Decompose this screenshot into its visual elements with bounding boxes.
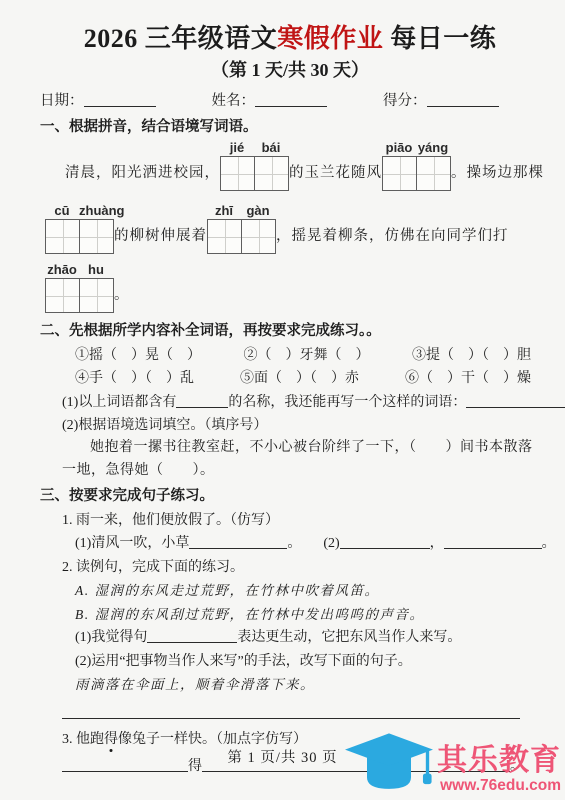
section-2-heading: 二、先根据所学内容补全词语，再按要求完成练习。。 — [40, 322, 540, 341]
pinyin-row-1: 清晨，阳光洒进校园， jiébái 的玉兰花随风 piāoyáng 。操场边那棵 — [40, 140, 540, 191]
brand-logo: 其乐教育 www.76edu.com — [345, 733, 561, 795]
answer-blank — [466, 394, 565, 408]
pinyin-label: cūzhuàng — [45, 203, 114, 219]
name-field: 姓名： — [212, 91, 328, 111]
grid-cell — [221, 157, 254, 190]
pinyin-syllable: gàn — [241, 203, 275, 219]
grid-cell — [46, 279, 79, 312]
pinyin-label: piāoyáng — [382, 140, 451, 156]
logo-text: 其乐教育 www.76edu.com — [437, 745, 561, 795]
question-text: (1)清风一吹，小草 — [75, 536, 189, 551]
grid-cell — [254, 157, 288, 190]
score-field: 得分： — [383, 91, 499, 111]
question-text: (1)以上词语都含有 — [62, 395, 176, 410]
graduation-cap-icon — [345, 733, 433, 795]
date-label: 日期： — [40, 93, 84, 109]
pinyin-syllable: piāo — [382, 140, 416, 156]
idiom-row-1: ①摇（ ）晃（ ） ②（ ）牙舞（ ） ③提（ ）（ ）胆 — [75, 346, 531, 365]
idiom-item: ①摇（ ）晃（ ） — [75, 346, 201, 365]
idiom-item: ④手（ ）（ ）乱 — [75, 369, 194, 388]
pinyin-label: zhīgàn — [207, 203, 276, 219]
answer-blank — [340, 535, 430, 549]
section-3-heading: 三、按要求完成句子练习。 — [40, 487, 540, 506]
section-1-heading: 一、根据拼音，结合语境写词语。 — [40, 118, 540, 137]
answer-blank — [62, 705, 520, 719]
name-blank — [255, 93, 327, 107]
writing-grid — [382, 156, 451, 191]
answer-blank — [189, 535, 287, 549]
pinyin-syllable: cū — [45, 203, 79, 219]
example-sentence-b: B. 湿润的东风刮过荒野，在竹林中发出呜呜的声音。 — [75, 605, 540, 624]
grid-cell — [79, 220, 113, 253]
info-row: 日期： 姓名： 得分： — [40, 91, 540, 111]
answer-blank — [176, 394, 228, 408]
pinyin-syllable: zhāo — [45, 262, 79, 278]
answer-blank — [444, 535, 542, 549]
pinyin-label: zhāohu — [45, 262, 114, 278]
grid-cell — [79, 279, 113, 312]
pinyin-label: jiébái — [220, 140, 289, 156]
date-blank — [84, 93, 156, 107]
logo-name: 其乐教育 — [437, 745, 561, 777]
grid-cell — [46, 220, 79, 253]
title-prefix: 2026 三年级语文 — [84, 24, 278, 53]
score-label: 得分： — [383, 93, 427, 109]
worksheet-page: 2026 三年级语文寒假作业 每日一练 （第 1 天/共 30 天） 日期： 姓… — [0, 0, 565, 800]
question-text: (1)我觉得句 — [75, 630, 147, 645]
idiom-item: ⑤面（ ）（ ）赤 — [240, 369, 359, 388]
pinyin-syllable: zhuàng — [79, 203, 113, 219]
writing-grid — [45, 219, 114, 254]
rewrite-source-sentence: 雨滴落在伞面上，顺着伞滑落下来。 — [75, 675, 540, 694]
sentence-text: 。 — [114, 286, 130, 313]
question-2-2-passage: 她抱着一摞书往教室赶，不小心被台阶绊了一下，（ ）间书本散落一地，急得她（ ）。 — [62, 437, 546, 482]
pinyin-syllable: hu — [79, 262, 113, 278]
logo-url: www.76edu.com — [440, 777, 561, 795]
sentence-text: 的柳树伸展着 — [114, 227, 207, 254]
question-text: 表达更生动，它把东风当作人来写。 — [237, 630, 461, 645]
page-subtitle: （第 1 天/共 30 天） — [40, 58, 540, 82]
hanzi-grid-piaoyang: piāoyáng — [382, 140, 451, 191]
question-text: 像兔子一样快。（加点字仿写） — [118, 732, 307, 747]
item-1-subs: (1)清风一吹，小草。(2)，。 — [75, 534, 540, 553]
date-field: 日期： — [40, 91, 156, 111]
answer-blank — [147, 629, 237, 643]
idiom-item: ③提（ ）（ ）胆 — [412, 346, 531, 365]
question-2-1: (1)以上词语都含有的名称，我还能再写一个这样的词语：。 — [62, 393, 540, 412]
item-2-sub-1: (1)我觉得句表达更生动，它把东风当作人来写。 — [75, 628, 540, 647]
idiom-item: ⑥（ ）干（ ）燥 — [405, 369, 531, 388]
writing-grid — [207, 219, 276, 254]
grid-cell — [416, 157, 450, 190]
hanzi-grid-jiebai: jiébái — [220, 140, 289, 191]
idiom-row-2: ④手（ ）（ ）乱 ⑤面（ ）（ ）赤 ⑥（ ）干（ ）燥 — [75, 369, 531, 388]
example-sentence-a: A. 湿润的东风走过荒野，在竹林中吹着风笛。 — [75, 581, 540, 600]
idiom-item: ②（ ）牙舞（ ） — [244, 346, 370, 365]
question-text: 的名称，我还能再写一个这样的词语： — [228, 395, 466, 410]
page-title: 2026 三年级语文寒假作业 每日一练 — [40, 22, 540, 56]
sentence-text: 。操场边那棵 — [451, 164, 544, 191]
question-text: 。 — [542, 536, 556, 551]
question-text: (2) — [323, 536, 339, 551]
sentence-text: ，摇晃着柳条，仿佛在向同学们打 — [276, 227, 509, 254]
title-highlight: 寒假作业 — [277, 24, 383, 53]
pinyin-row-3: zhāohu 。 — [40, 262, 540, 313]
item-1: 1. 雨一来，他们便放假了。（仿写） — [62, 511, 540, 530]
pinyin-row-2: cūzhuàng 的柳树伸展着 zhīgàn ，摇晃着柳条，仿佛在向同学们打 — [40, 203, 540, 254]
question-text: ， — [430, 536, 444, 551]
pinyin-syllable: zhī — [207, 203, 241, 219]
hanzi-grid-zhaohu: zhāohu — [45, 262, 114, 313]
writing-grid — [220, 156, 289, 191]
grid-cell — [208, 220, 241, 253]
pinyin-syllable: jié — [220, 140, 254, 156]
hanzi-grid-cuzhuang: cūzhuàng — [45, 203, 114, 254]
score-blank — [427, 93, 499, 107]
item-2-sub-2: (2)运用“把事物当作人来写”的手法，改写下面的句子。 — [75, 652, 540, 671]
title-suffix: 每日一练 — [383, 24, 496, 53]
writing-grid — [45, 278, 114, 313]
pinyin-syllable: yáng — [416, 140, 450, 156]
sentence-text: 清晨，阳光洒进校园， — [65, 164, 220, 191]
grid-cell — [383, 157, 416, 190]
grid-cell — [241, 220, 275, 253]
answer-line-full — [62, 704, 540, 722]
sentence-text: 的玉兰花随风 — [289, 164, 382, 191]
question-text: 。 — [287, 536, 301, 551]
name-label: 姓名： — [212, 93, 256, 109]
question-text: 3. 他跑 — [62, 732, 104, 747]
hanzi-grid-zhigan: zhīgàn — [207, 203, 276, 254]
header: 2026 三年级语文寒假作业 每日一练 （第 1 天/共 30 天） — [40, 22, 540, 82]
pinyin-syllable: bái — [254, 140, 288, 156]
question-2-2: (2)根据语境选词填空。（填序号） — [62, 416, 540, 435]
item-2: 2. 读例句，完成下面的练习。 — [62, 558, 540, 577]
